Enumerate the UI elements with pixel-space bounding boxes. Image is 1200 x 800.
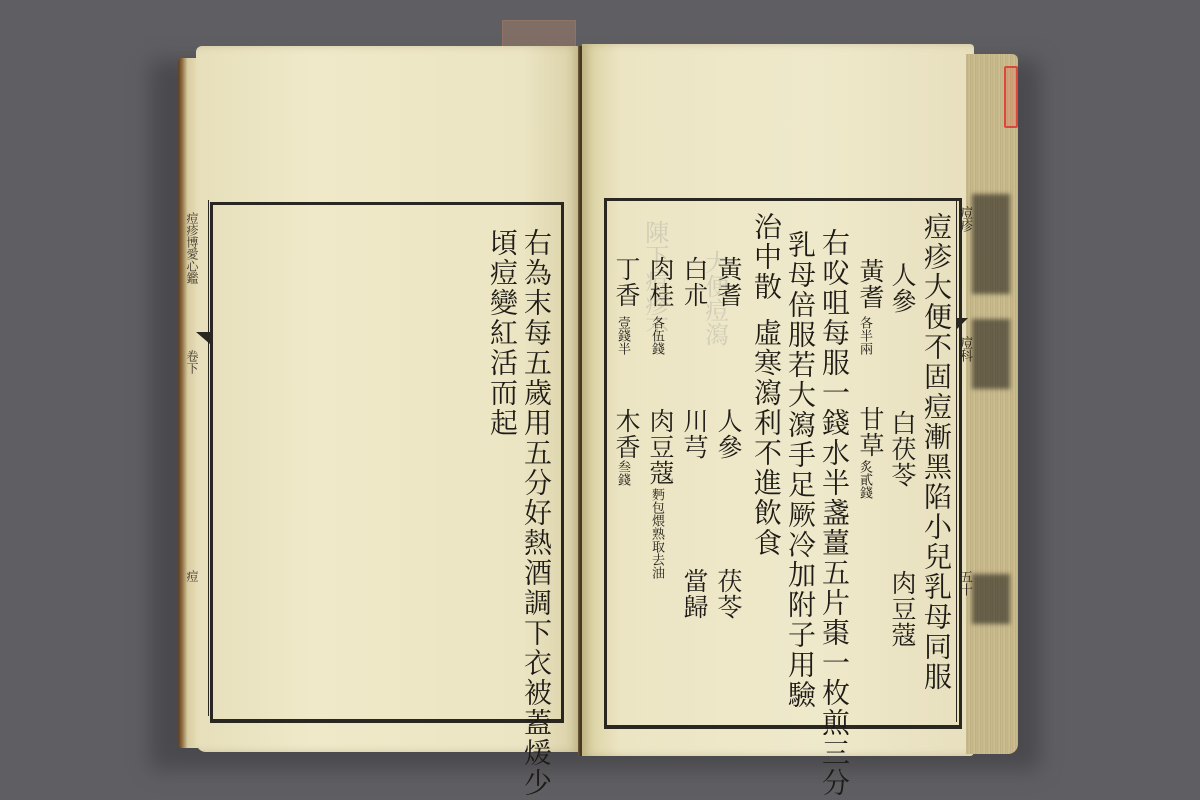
formula-indication: 虛寒瀉利不進飲食	[752, 318, 780, 558]
instruction-column-1: 右㕮咀每服一錢水半盞薑五片棗一枚煎三分	[820, 228, 848, 798]
heading-column: 痘疹大便不固痘漸黑陷小兒乳母同服	[922, 212, 950, 692]
right-fishtail-mark	[956, 318, 968, 330]
red-library-seal	[1004, 66, 1018, 128]
herb-entry: 白茯苓	[890, 410, 915, 488]
herb-entry: 川芎	[682, 408, 707, 460]
herb-entry: 木香	[614, 408, 639, 460]
left-text-column-1: 右為末每五歲用五分好熱酒調下衣被蓋煖少	[522, 228, 550, 798]
herb-entry: 當歸	[682, 568, 707, 620]
herb-entry: 茯苓	[716, 568, 741, 620]
right-margin-page: 五十	[958, 570, 971, 596]
dosage-note: 壹錢半	[616, 316, 629, 355]
herb-entry: 黃耆	[716, 256, 741, 308]
bleed-ink-mark	[972, 194, 1010, 294]
dosage-note: 叁錢	[616, 460, 629, 486]
herb-entry: 黃耆	[858, 258, 883, 310]
herb-entry: 人參	[890, 262, 915, 314]
left-fishtail-mark	[196, 332, 210, 344]
herb-entry: 人參	[716, 408, 741, 460]
herb-entry: 白朮	[682, 256, 707, 308]
bleed-ink-mark	[972, 319, 1010, 389]
instruction-column-2: 乳母倍服若大瀉手足厥冷加附子用驗	[786, 230, 814, 710]
herb-entry: 肉豆蔻	[648, 408, 673, 486]
herb-entry: 丁香	[614, 256, 639, 308]
dosage-note: 各半兩	[858, 316, 871, 355]
herb-entry: 甘草	[858, 406, 883, 458]
herb-entry: 肉桂	[648, 256, 673, 308]
left-text-column-2: 頃痘變紅活而起	[488, 228, 516, 438]
right-page-center-margin	[956, 198, 969, 722]
left-margin-section: 卷下	[186, 350, 198, 374]
formula-name: 治中散	[752, 212, 780, 302]
right-margin-title: 痘疹	[958, 206, 971, 232]
dosage-note: 各伍錢	[650, 316, 663, 355]
left-margin-page: 痘	[186, 570, 198, 582]
right-page-stack-edge	[966, 54, 1018, 754]
left-margin-title: 痘疹博愛心鑑	[186, 212, 198, 284]
bleed-ink-mark	[972, 574, 1010, 624]
right-margin-section: 痘科	[958, 336, 971, 362]
dosage-note: 炙貳錢	[858, 460, 871, 499]
herb-entry: 肉豆蔻	[890, 570, 915, 648]
dosage-note: 麪包煨熟取去油	[650, 488, 663, 579]
